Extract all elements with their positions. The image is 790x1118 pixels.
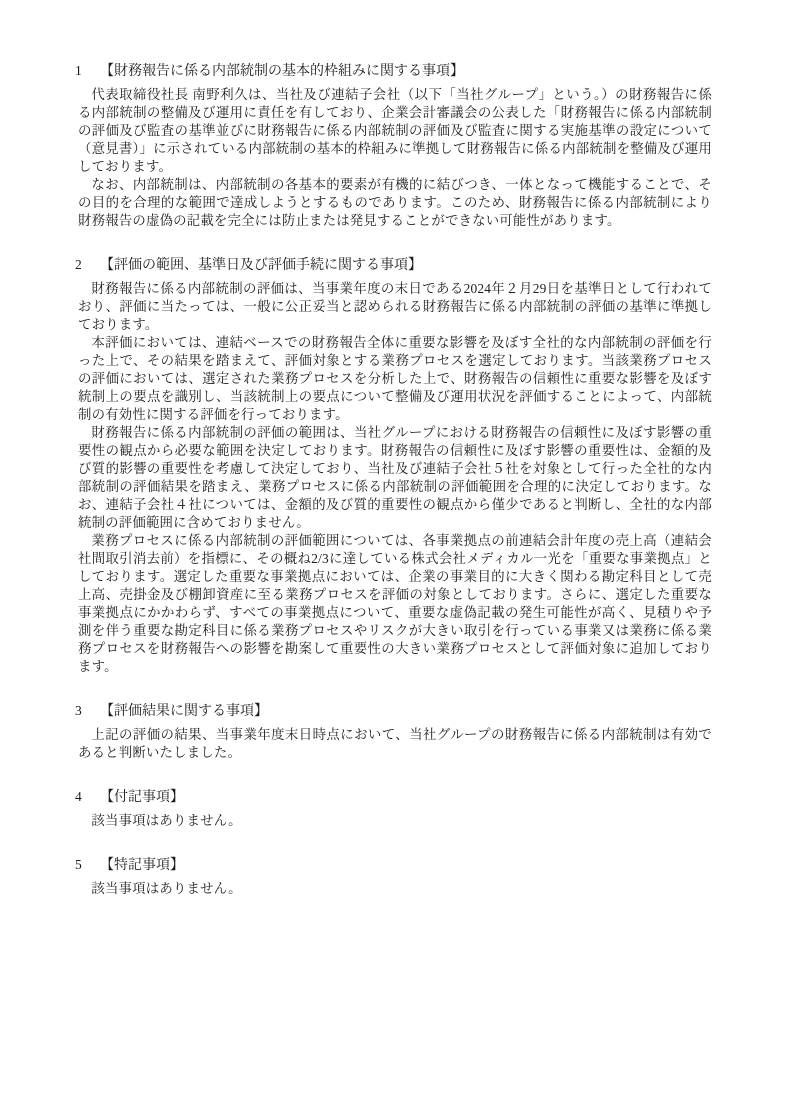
section-number: 2	[75, 256, 100, 274]
section-heading: 2 【評価の範囲、基準日及び評価手続に関する事項】	[78, 256, 712, 275]
section-heading: 5 【特記事項】	[78, 856, 712, 875]
section-evaluation-result: 3 【評価結果に関する事項】 上記の評価の結果、当事業年度末日時点において、当社…	[78, 702, 712, 762]
section-special-notes: 5 【特記事項】 該当事項はありません。	[78, 856, 712, 898]
section-heading: 1 【財務報告に係る内部統制の基本的枠組みに関する事項】	[78, 62, 712, 81]
document-page: 1 【財務報告に係る内部統制の基本的枠組みに関する事項】 代表取締役社長 南野利…	[0, 0, 790, 1118]
paragraph: 財務報告に係る内部統制の評価は、当事業年度の末日である2024年２月29日を基準…	[78, 280, 712, 334]
section-evaluation-scope: 2 【評価の範囲、基準日及び評価手続に関する事項】 財務報告に係る内部統制の評価…	[78, 256, 712, 676]
paragraph: 該当事項はありません。	[78, 880, 712, 898]
paragraph: 代表取締役社長 南野利久は、当社及び連結子会社（以下「当社グループ」という。）の…	[78, 86, 712, 176]
paragraph: 該当事項はありません。	[78, 812, 712, 830]
paragraph: 財務報告に係る内部統制の評価の範囲は、当社グループにおける財務報告の信頼性に及ぼ…	[78, 424, 712, 532]
section-number: 3	[75, 702, 100, 720]
section-title: 【付記事項】	[100, 789, 184, 807]
paragraph: 業務プロセスに係る内部統制の評価範囲については、各事業拠点の前連結会計年度の売上…	[78, 532, 712, 676]
section-heading: 4 【付記事項】	[78, 788, 712, 807]
section-heading: 3 【評価結果に関する事項】	[78, 702, 712, 721]
section-supplementary-notes: 4 【付記事項】 該当事項はありません。	[78, 788, 712, 830]
section-title: 【評価の範囲、基準日及び評価手続に関する事項】	[100, 257, 422, 275]
paragraph: なお、内部統制は、内部統制の各基本的要素が有機的に結びつき、一体となって機能する…	[78, 176, 712, 230]
section-title: 【財務報告に係る内部統制の基本的枠組みに関する事項】	[100, 63, 464, 81]
paragraph: 本評価においては、連結ベースでの財務報告全体に重要な影響を及ぼす全社的な内部統制…	[78, 334, 712, 424]
section-title: 【評価結果に関する事項】	[100, 703, 268, 721]
section-basic-framework: 1 【財務報告に係る内部統制の基本的枠組みに関する事項】 代表取締役社長 南野利…	[78, 62, 712, 230]
section-number: 4	[75, 788, 100, 806]
section-title: 【特記事項】	[100, 857, 184, 875]
section-number: 5	[75, 856, 100, 874]
paragraph: 上記の評価の結果、当事業年度末日時点において、当社グループの財務報告に係る内部統…	[78, 726, 712, 762]
section-number: 1	[75, 62, 100, 80]
